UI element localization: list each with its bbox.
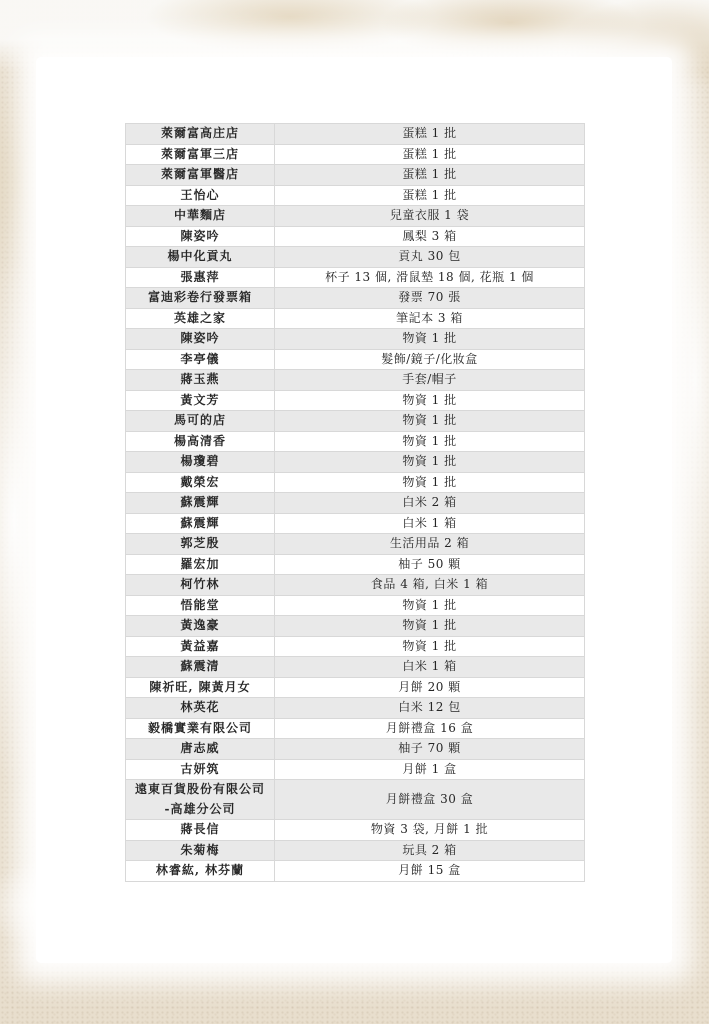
table-row: 萊爾富軍三店蛋糕 1 批 bbox=[126, 144, 585, 165]
donor-name-cell: 楊瓊碧 bbox=[126, 452, 275, 473]
donated-item-cell: 柚子 50 顆 bbox=[275, 554, 585, 575]
donated-item-cell: 蛋糕 1 批 bbox=[275, 185, 585, 206]
donor-name-cell: 羅宏加 bbox=[126, 554, 275, 575]
donated-item-cell: 月餅 20 顆 bbox=[275, 677, 585, 698]
donor-name-cell: 陳祈旺, 陳黃月女 bbox=[126, 677, 275, 698]
table-row: 萊爾富高庄店蛋糕 1 批 bbox=[126, 124, 585, 145]
table-row: 富迪彩卷行發票箱發票 70 張 bbox=[126, 288, 585, 309]
donor-name-cell: 陳姿吟 bbox=[126, 329, 275, 350]
donor-name-cell: 中華麵店 bbox=[126, 206, 275, 227]
table-row: 英雄之家筆記本 3 箱 bbox=[126, 308, 585, 329]
table-row: 蔣長信物資 3 袋, 月餅 1 批 bbox=[126, 820, 585, 841]
donated-item-cell: 物資 3 袋, 月餅 1 批 bbox=[275, 820, 585, 841]
donated-item-cell: 髮飾/鏡子/化妝盒 bbox=[275, 349, 585, 370]
donated-item-cell: 月餅禮盒 30 盒 bbox=[275, 780, 585, 820]
donated-item-cell: 筆記本 3 箱 bbox=[275, 308, 585, 329]
table-row: 蘇震輝白米 2 箱 bbox=[126, 493, 585, 514]
table-row: 柯竹林食品 4 箱, 白米 1 箱 bbox=[126, 575, 585, 596]
document-page: 萊爾富高庄店蛋糕 1 批萊爾富軍三店蛋糕 1 批萊爾富軍醫店蛋糕 1 批王怡心蛋… bbox=[36, 57, 672, 963]
table-row: 黃逸豪物資 1 批 bbox=[126, 616, 585, 637]
donated-item-cell: 杯子 13 個, 滑鼠墊 18 個, 花瓶 1 個 bbox=[275, 267, 585, 288]
table-row: 中華麵店兒童衣服 1 袋 bbox=[126, 206, 585, 227]
table-row: 楊中化貢丸貢丸 30 包 bbox=[126, 247, 585, 268]
donor-name-cell: 蘇震輝 bbox=[126, 493, 275, 514]
donor-name-cell: 郭芝殷 bbox=[126, 534, 275, 555]
table-row: 古妍筑月餅 1 盒 bbox=[126, 759, 585, 780]
donated-item-cell: 鳳梨 3 箱 bbox=[275, 226, 585, 247]
donated-item-cell: 白米 12 包 bbox=[275, 698, 585, 719]
donor-name-cell: 黃益嘉 bbox=[126, 636, 275, 657]
donated-item-cell: 物資 1 批 bbox=[275, 636, 585, 657]
table-row: 遠東百貨股份有限公司 -高雄分公司月餅禮盒 30 盒 bbox=[126, 780, 585, 820]
table-row: 朱菊梅玩具 2 箱 bbox=[126, 840, 585, 861]
table-row: 蘇震清白米 1 箱 bbox=[126, 657, 585, 678]
donor-name-cell: 黃文芳 bbox=[126, 390, 275, 411]
donor-name-cell: 陳姿吟 bbox=[126, 226, 275, 247]
donor-name-cell: 富迪彩卷行發票箱 bbox=[126, 288, 275, 309]
table-row: 陳姿吟鳳梨 3 箱 bbox=[126, 226, 585, 247]
donor-name-cell: 楊高清香 bbox=[126, 431, 275, 452]
table-row: 戴榮宏物資 1 批 bbox=[126, 472, 585, 493]
table-row: 萊爾富軍醫店蛋糕 1 批 bbox=[126, 165, 585, 186]
donated-item-cell: 白米 2 箱 bbox=[275, 493, 585, 514]
table-row: 李亭儀髮飾/鏡子/化妝盒 bbox=[126, 349, 585, 370]
donor-name-cell: 林睿紘, 林芬蘭 bbox=[126, 861, 275, 882]
donated-item-cell: 兒童衣服 1 袋 bbox=[275, 206, 585, 227]
donated-item-cell: 物資 1 批 bbox=[275, 431, 585, 452]
table-row: 楊高清香物資 1 批 bbox=[126, 431, 585, 452]
table-row: 唐志威柚子 70 顆 bbox=[126, 739, 585, 760]
donated-item-cell: 玩具 2 箱 bbox=[275, 840, 585, 861]
donor-name-cell: 王怡心 bbox=[126, 185, 275, 206]
donor-name-cell: 悟能堂 bbox=[126, 595, 275, 616]
donor-name-cell: 毅橋實業有限公司 bbox=[126, 718, 275, 739]
donated-item-cell: 物資 1 批 bbox=[275, 329, 585, 350]
donated-item-cell: 物資 1 批 bbox=[275, 411, 585, 432]
table-row: 悟能堂物資 1 批 bbox=[126, 595, 585, 616]
donation-table: 萊爾富高庄店蛋糕 1 批萊爾富軍三店蛋糕 1 批萊爾富軍醫店蛋糕 1 批王怡心蛋… bbox=[125, 123, 585, 882]
donor-name-cell: 唐志威 bbox=[126, 739, 275, 760]
table-row: 蘇震輝白米 1 箱 bbox=[126, 513, 585, 534]
donated-item-cell: 貢丸 30 包 bbox=[275, 247, 585, 268]
donated-item-cell: 柚子 70 顆 bbox=[275, 739, 585, 760]
table-row: 蔣玉燕手套/帽子 bbox=[126, 370, 585, 391]
donated-item-cell: 月餅禮盒 16 盒 bbox=[275, 718, 585, 739]
donated-item-cell: 白米 1 箱 bbox=[275, 657, 585, 678]
table-row: 王怡心蛋糕 1 批 bbox=[126, 185, 585, 206]
table-row: 陳祈旺, 陳黃月女月餅 20 顆 bbox=[126, 677, 585, 698]
donor-name-cell: 蘇震輝 bbox=[126, 513, 275, 534]
donor-name-cell: 遠東百貨股份有限公司 -高雄分公司 bbox=[126, 780, 275, 820]
donor-name-cell: 林英花 bbox=[126, 698, 275, 719]
donated-item-cell: 月餅 15 盒 bbox=[275, 861, 585, 882]
screenshot-canvas: 萊爾富高庄店蛋糕 1 批萊爾富軍三店蛋糕 1 批萊爾富軍醫店蛋糕 1 批王怡心蛋… bbox=[0, 0, 709, 1024]
donor-name-cell: 戴榮宏 bbox=[126, 472, 275, 493]
donated-item-cell: 蛋糕 1 批 bbox=[275, 144, 585, 165]
donor-name-cell: 黃逸豪 bbox=[126, 616, 275, 637]
donor-name-cell: 李亭儀 bbox=[126, 349, 275, 370]
table-row: 郭芝殷生活用品 2 箱 bbox=[126, 534, 585, 555]
donated-item-cell: 食品 4 箱, 白米 1 箱 bbox=[275, 575, 585, 596]
donor-name-cell: 蘇震清 bbox=[126, 657, 275, 678]
table-row: 楊瓊碧物資 1 批 bbox=[126, 452, 585, 473]
donor-name-cell: 萊爾富軍醫店 bbox=[126, 165, 275, 186]
table-row: 毅橋實業有限公司月餅禮盒 16 盒 bbox=[126, 718, 585, 739]
donor-name-cell: 蔣長信 bbox=[126, 820, 275, 841]
donor-name-cell: 英雄之家 bbox=[126, 308, 275, 329]
donated-item-cell: 生活用品 2 箱 bbox=[275, 534, 585, 555]
donated-item-cell: 物資 1 批 bbox=[275, 595, 585, 616]
donated-item-cell: 月餅 1 盒 bbox=[275, 759, 585, 780]
table-row: 林英花白米 12 包 bbox=[126, 698, 585, 719]
donor-name-cell: 古妍筑 bbox=[126, 759, 275, 780]
donated-item-cell: 物資 1 批 bbox=[275, 390, 585, 411]
donor-name-cell: 萊爾富軍三店 bbox=[126, 144, 275, 165]
donated-item-cell: 手套/帽子 bbox=[275, 370, 585, 391]
table-row: 黃益嘉物資 1 批 bbox=[126, 636, 585, 657]
donation-table-body: 萊爾富高庄店蛋糕 1 批萊爾富軍三店蛋糕 1 批萊爾富軍醫店蛋糕 1 批王怡心蛋… bbox=[126, 124, 585, 882]
donated-item-cell: 蛋糕 1 批 bbox=[275, 124, 585, 145]
donor-name-cell: 柯竹林 bbox=[126, 575, 275, 596]
donated-item-cell: 物資 1 批 bbox=[275, 616, 585, 637]
donor-name-cell: 朱菊梅 bbox=[126, 840, 275, 861]
donor-name-cell: 萊爾富高庄店 bbox=[126, 124, 275, 145]
donor-name-cell: 蔣玉燕 bbox=[126, 370, 275, 391]
table-row: 林睿紘, 林芬蘭月餅 15 盒 bbox=[126, 861, 585, 882]
donated-item-cell: 白米 1 箱 bbox=[275, 513, 585, 534]
donated-item-cell: 蛋糕 1 批 bbox=[275, 165, 585, 186]
donor-name-cell: 張惠萍 bbox=[126, 267, 275, 288]
donor-name-cell: 馬可的店 bbox=[126, 411, 275, 432]
donated-item-cell: 發票 70 張 bbox=[275, 288, 585, 309]
donor-name-cell: 楊中化貢丸 bbox=[126, 247, 275, 268]
donated-item-cell: 物資 1 批 bbox=[275, 472, 585, 493]
table-row: 黃文芳物資 1 批 bbox=[126, 390, 585, 411]
table-row: 陳姿吟物資 1 批 bbox=[126, 329, 585, 350]
table-row: 馬可的店物資 1 批 bbox=[126, 411, 585, 432]
table-row: 羅宏加柚子 50 顆 bbox=[126, 554, 585, 575]
donated-item-cell: 物資 1 批 bbox=[275, 452, 585, 473]
table-row: 張惠萍杯子 13 個, 滑鼠墊 18 個, 花瓶 1 個 bbox=[126, 267, 585, 288]
